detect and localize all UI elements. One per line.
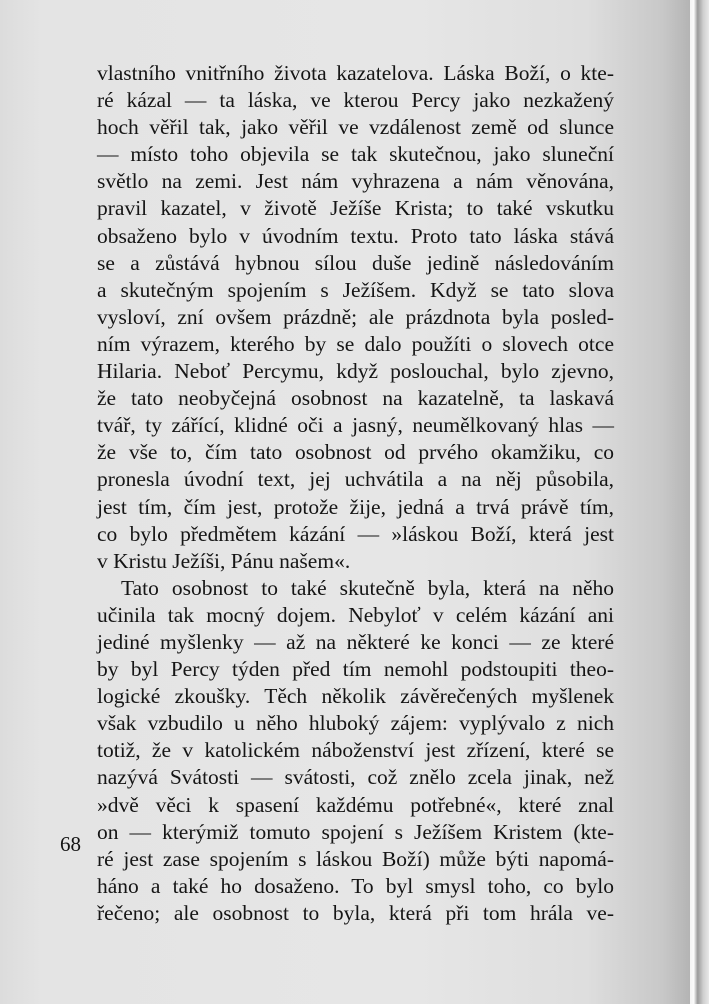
text-line: v Kristu Ježíši, Pánu našem«. <box>97 548 614 575</box>
text-line: pronesla úvodní text, jej uchvátila a na… <box>97 466 614 493</box>
text-line: vysloví, zní ovšem prázdně; ale prázdnot… <box>97 304 614 331</box>
text-line: Tato osobnost to také skutečně byla, kte… <box>97 575 614 602</box>
text-line: se a zůstává hybnou sílou duše jedině ná… <box>97 250 614 277</box>
text-line: totiž, že v katolickém náboženství jest … <box>97 737 614 764</box>
text-line: »dvě věci k spasení každému potřebné«, k… <box>97 792 614 819</box>
text-line: světlo na zemi. Jest nám vyhrazena a nám… <box>97 168 614 195</box>
text-line: a skutečným spojením s Ježíšem. Když se … <box>97 277 614 304</box>
book-page: vlastního vnitřního života kazatelova. L… <box>0 0 690 1004</box>
text-line: hoch věřil tak, jako věřil ve vzdálenost… <box>97 114 614 141</box>
text-line: nazývá Svátosti — svátosti, což znělo zc… <box>97 764 614 791</box>
text-line: tvář, ty zářící, klidné oči a jasný, neu… <box>97 412 614 439</box>
text-line: ním výrazem, kterého by se dalo použíti … <box>97 331 614 358</box>
text-line: — místo toho objevila se tak skutečnou, … <box>97 141 614 168</box>
text-line: obsaženo bylo v úvodním textu. Proto tat… <box>97 223 614 250</box>
text-line: by byl Percy týden před tím nemohl podst… <box>97 656 614 683</box>
text-line: učinila tak mocný dojem. Nebyloť v celém… <box>97 602 614 629</box>
text-line: však vzbudilo u něho hluboký zájem: vypl… <box>97 710 614 737</box>
paragraph-2: Tato osobnost to také skutečně byla, kte… <box>97 575 614 927</box>
text-line: logické zkoušky. Těch několik závěrečený… <box>97 683 614 710</box>
text-line: co bylo předmětem kázání — »láskou Boží,… <box>97 521 614 548</box>
text-line: Hilaria. Neboť Percymu, když poslouchal,… <box>97 358 614 385</box>
page-number: 68 <box>60 832 81 857</box>
text-line: jediné myšlenky — až na některé ke konci… <box>97 629 614 656</box>
paragraph-1: vlastního vnitřního života kazatelova. L… <box>97 60 614 575</box>
text-line: háno a také ho dosaženo. To byl smysl to… <box>97 873 614 900</box>
text-line: on — kterýmiž tomuto spojení s Ježíšem K… <box>97 819 614 846</box>
text-line: řečeno; ale osobnost to byla, která při … <box>97 900 614 927</box>
text-line: že tato neobyčejná osobnost na kazatelně… <box>97 385 614 412</box>
body-text: vlastního vnitřního života kazatelova. L… <box>97 60 614 927</box>
text-line: ré jest zase spojením s láskou Boží) můž… <box>97 846 614 873</box>
text-line: že vše to, čím tato osobnost od prvého o… <box>97 439 614 466</box>
text-line: vlastního vnitřního života kazatelova. L… <box>97 60 614 87</box>
text-line: jest tím, čím jest, protože žije, jedná … <box>97 494 614 521</box>
book-page-edge <box>690 0 709 1004</box>
text-line: ré kázal — ta láska, ve kterou Percy jak… <box>97 87 614 114</box>
text-line: pravil kazatel, v životě Ježíše Krista; … <box>97 195 614 222</box>
